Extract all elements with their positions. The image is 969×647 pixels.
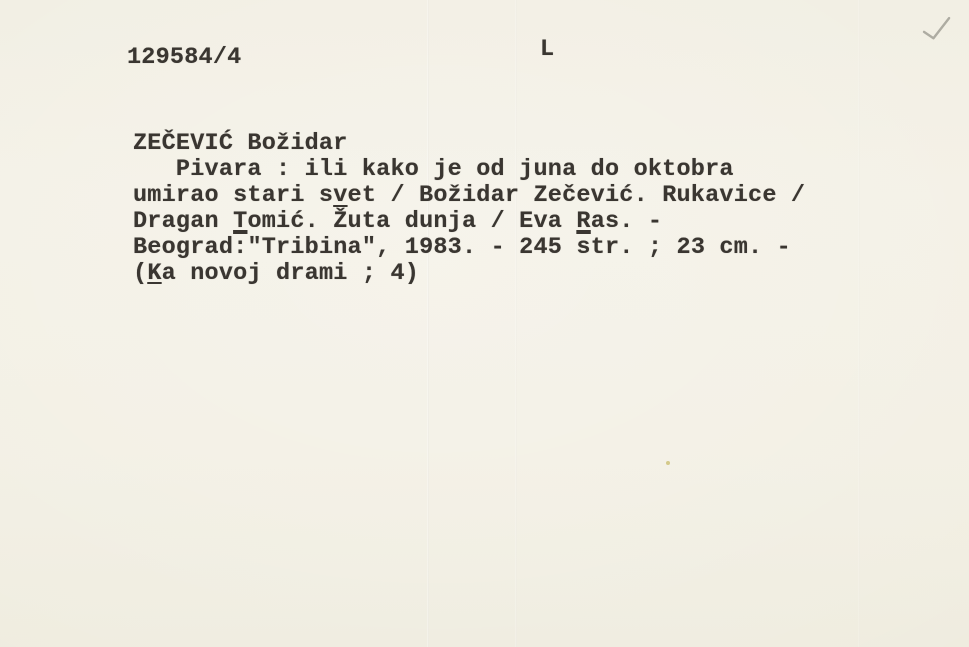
- text-segment: T: [233, 208, 247, 235]
- catalog-line: umirao stari svet / Božidar Zečević. Ruk…: [133, 183, 805, 209]
- call-number: 129584/4: [127, 44, 241, 71]
- text-segment: omić. Žuta dunja / Eva: [247, 208, 576, 235]
- section-letter: L: [540, 36, 554, 63]
- text-segment: v: [333, 182, 347, 209]
- text-segment: Dragan: [133, 208, 233, 235]
- text-segment: Beograd: [133, 234, 233, 261]
- text-segment: s: [576, 234, 590, 261]
- paper-crease: [515, 0, 517, 647]
- catalog-line: Pivara : ili kako je od juna do oktobra: [133, 157, 805, 183]
- text-segment: R: [576, 208, 590, 235]
- catalog-line: ZEČEVIĆ Božidar: [133, 131, 805, 157]
- catalog-line: (Ka novoj drami ; 4): [133, 261, 805, 287]
- text-segment: as. -: [591, 208, 663, 235]
- text-segment: "Tribina", 1983. - 245: [247, 234, 576, 261]
- catalog-line: Dragan Tomić. Žuta dunja / Eva Ras. -: [133, 209, 805, 235]
- text-segment: (: [133, 260, 147, 287]
- text-segment: ZEČEVIĆ Božidar: [133, 130, 348, 157]
- text-segment: Pivara : ili kako je od juna do oktobra: [133, 156, 734, 183]
- text-segment: :: [233, 234, 247, 261]
- text-segment: umirao stari s: [133, 182, 333, 209]
- catalog-line: Beograd:"Tribina", 1983. - 245 str. ; 23…: [133, 235, 805, 261]
- text-segment: et / Božidar Zečević. Rukavice /: [348, 182, 806, 209]
- pencil-check-icon: [920, 15, 954, 48]
- paper-crease: [427, 0, 429, 647]
- text-segment: tr. ; 23 cm. -: [591, 234, 791, 261]
- text-segment: a novoj drami ; 4): [162, 260, 419, 287]
- catalog-card: 129584/4 L ZEČEVIĆ Božidar Pivara : ili …: [0, 0, 969, 647]
- catalog-text: ZEČEVIĆ Božidar Pivara : ili kako je od …: [133, 131, 805, 287]
- paper-crease: [858, 0, 860, 647]
- paper-speck: [666, 461, 670, 465]
- text-segment: K: [147, 260, 161, 287]
